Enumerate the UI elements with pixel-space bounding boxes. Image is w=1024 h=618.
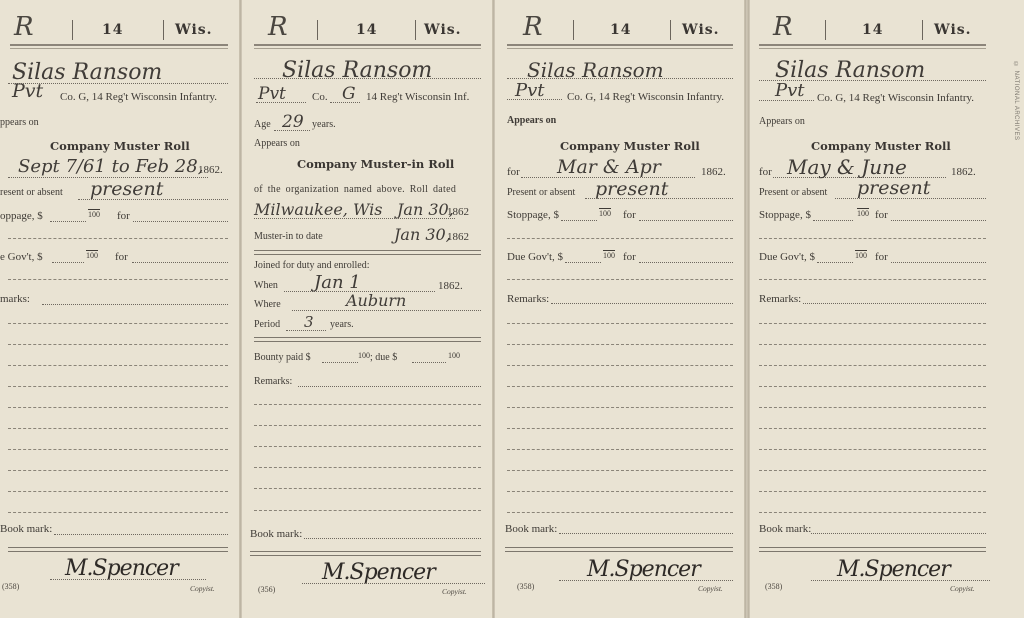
header-state: Wis. bbox=[175, 22, 213, 38]
unit-line: Co. G, 14 Reg't Wisconsin Infantry. bbox=[817, 92, 974, 104]
due-cents: 100 bbox=[448, 351, 460, 360]
header-divider bbox=[922, 20, 923, 40]
for-label: for bbox=[507, 166, 520, 178]
when-year: 1862. bbox=[438, 280, 463, 292]
stoppage-for: for bbox=[117, 210, 130, 222]
due-cents: 100 bbox=[86, 251, 98, 260]
present-value: present bbox=[857, 177, 930, 199]
rank: Pvt bbox=[12, 80, 43, 102]
stoppage-label: oppage, $ bbox=[0, 210, 43, 222]
period-unit: years. bbox=[330, 319, 354, 330]
rank: Pvt bbox=[515, 80, 545, 101]
appears-on-label: Appears on bbox=[507, 115, 556, 126]
footer-rule bbox=[505, 547, 733, 552]
muster-year: 1862 bbox=[447, 231, 469, 243]
bookmark-label: Book mark: bbox=[250, 528, 302, 540]
header-divider bbox=[573, 20, 574, 40]
footer-rule bbox=[759, 547, 986, 552]
muster-date: Jan 30, bbox=[394, 225, 451, 244]
due-cents: 100 bbox=[603, 251, 615, 260]
copyist-signature: M.Spencer bbox=[837, 557, 950, 582]
muster-card-4: R 14 Wis. Silas Ransom Pvt Co. G, 14 Reg… bbox=[747, 0, 1024, 618]
roll-year: 1862. bbox=[951, 166, 976, 178]
stoppage-cents: 100 bbox=[599, 209, 611, 218]
header-divider bbox=[317, 20, 318, 40]
company: G bbox=[342, 84, 356, 104]
bounty-label: Bounty paid $ bbox=[254, 352, 311, 363]
stoppage-label: Stoppage, $ bbox=[507, 209, 559, 221]
present-label: resent or absent bbox=[0, 187, 63, 198]
appears-on-label: Appears on bbox=[759, 116, 805, 127]
footer-rule bbox=[250, 551, 481, 556]
copyist-label: Copyist. bbox=[190, 584, 215, 593]
unit-line: Co. G, 14 Reg't Wisconsin Infantry. bbox=[567, 91, 724, 103]
joined-label: Joined for duty and enrolled: bbox=[254, 260, 370, 271]
roll-date: Jan 30, bbox=[397, 200, 454, 219]
copyist-label: Copyist. bbox=[442, 587, 467, 596]
age: 29 bbox=[282, 112, 304, 132]
stoppage-cents: 100 bbox=[857, 209, 869, 218]
footer-rule bbox=[8, 547, 228, 552]
period-value: 3 bbox=[304, 313, 314, 331]
muster-card-2: R 14 Wis. Silas Ransom Pvt Co. G 14 Reg'… bbox=[242, 0, 495, 618]
present-label: Present or absent bbox=[759, 187, 827, 198]
copyist-label: Copyist. bbox=[950, 584, 975, 593]
roll-title: Company Muster-in Roll bbox=[297, 157, 454, 171]
roll-period: Mar & Apr bbox=[557, 156, 661, 178]
due-for: for bbox=[115, 251, 128, 263]
copyist-label: Copyist. bbox=[698, 584, 723, 593]
roll-year: 1862. bbox=[198, 164, 223, 176]
stoppage-cents: 100 bbox=[88, 210, 100, 219]
remarks-label: Remarks: bbox=[254, 376, 292, 387]
header-number: 14 bbox=[862, 22, 883, 38]
appears-on-label: Appears on bbox=[254, 138, 300, 149]
where-label: Where bbox=[254, 299, 281, 310]
header-divider bbox=[72, 20, 73, 40]
copyist-signature: M.Spencer bbox=[587, 557, 700, 582]
form-number: (356) bbox=[258, 585, 275, 594]
bookmark-label: Book mark: bbox=[759, 523, 811, 535]
period-label: Period bbox=[254, 319, 280, 330]
due-cents: 100 bbox=[855, 251, 867, 260]
rank: Pvt bbox=[258, 84, 286, 104]
appears-on-label: ppears on bbox=[0, 117, 39, 128]
when-value: Jan 1 bbox=[314, 272, 361, 293]
header-state: Wis. bbox=[682, 22, 720, 38]
stoppage-for: for bbox=[875, 209, 888, 221]
archives-watermark: © NATIONAL ARCHIVES bbox=[1013, 62, 1019, 141]
card-header: R 14 Wis. bbox=[507, 14, 733, 46]
header-state: Wis. bbox=[424, 22, 462, 38]
present-value: present bbox=[90, 178, 163, 200]
header-divider bbox=[163, 20, 164, 40]
present-value: present bbox=[595, 178, 668, 200]
bounty-cents: 100 bbox=[358, 351, 370, 360]
header-divider bbox=[415, 20, 416, 40]
header-letter: R bbox=[773, 12, 793, 42]
bookmark-label: Book mark: bbox=[505, 523, 557, 535]
copyist-signature: M.Spencer bbox=[322, 560, 435, 585]
header-state: Wis. bbox=[934, 22, 972, 38]
due-for: for bbox=[623, 251, 636, 263]
for-label: for bbox=[759, 166, 772, 178]
header-divider bbox=[670, 20, 671, 40]
header-letter: R bbox=[523, 12, 543, 42]
roll-place: Milwaukee, Wis bbox=[254, 200, 382, 219]
where-value: Auburn bbox=[346, 291, 406, 310]
roll-title: Company Muster Roll bbox=[50, 139, 190, 153]
header-letter: R bbox=[268, 12, 288, 42]
due-label: ; due $ bbox=[370, 352, 397, 363]
muster-card-1: R 14 Wis. Silas Ransom Pvt Co. G, 14 Reg… bbox=[0, 0, 242, 618]
stoppage-for: for bbox=[623, 209, 636, 221]
card-header: R 14 Wis. bbox=[10, 14, 228, 46]
present-label: Present or absent bbox=[507, 187, 575, 198]
roll-year: 1862 bbox=[447, 206, 469, 218]
form-number: (358) bbox=[517, 582, 534, 591]
due-label: e Gov't, $ bbox=[0, 251, 43, 263]
unit-line: Co. G, 14 Reg't Wisconsin Infantry. bbox=[60, 91, 217, 103]
when-label: When bbox=[254, 280, 278, 291]
header-number: 14 bbox=[356, 22, 377, 38]
company-label: Co. bbox=[312, 91, 328, 103]
remarks-label: Remarks: bbox=[759, 293, 801, 305]
rank: Pvt bbox=[775, 80, 805, 101]
due-label: Due Gov't, $ bbox=[759, 251, 815, 263]
remarks-label: Remarks: bbox=[507, 293, 549, 305]
remarks-label: marks: bbox=[0, 293, 30, 305]
card-header: R 14 Wis. bbox=[759, 14, 986, 46]
age-unit: years. bbox=[312, 119, 336, 130]
form-number: (358) bbox=[2, 582, 19, 591]
roll-title: Company Muster Roll bbox=[560, 139, 700, 153]
soldier-name: Silas Ransom bbox=[282, 58, 432, 83]
age-label: Age bbox=[254, 119, 271, 130]
muster-card-3: R 14 Wis. Silas Ransom Pvt Co. G, 14 Reg… bbox=[495, 0, 747, 618]
stoppage-label: Stoppage, $ bbox=[759, 209, 811, 221]
roll-period: May & June bbox=[787, 155, 907, 179]
org-line: of the organization named above. Roll da… bbox=[254, 184, 456, 195]
due-for: for bbox=[875, 251, 888, 263]
copyist-signature: M.Spencer bbox=[65, 556, 178, 581]
due-label: Due Gov't, $ bbox=[507, 251, 563, 263]
header-number: 14 bbox=[102, 22, 123, 38]
bookmark-label: Book mark: bbox=[0, 523, 52, 535]
roll-period: Sept 7/61 to Feb 28, bbox=[18, 156, 203, 177]
header-letter: R bbox=[14, 12, 34, 42]
unit-line: 14 Reg't Wisconsin Inf. bbox=[366, 91, 469, 103]
header-number: 14 bbox=[610, 22, 631, 38]
card-header: R 14 Wis. bbox=[254, 14, 481, 46]
form-number: (358) bbox=[765, 582, 782, 591]
card-edge bbox=[747, 0, 750, 618]
header-divider bbox=[825, 20, 826, 40]
roll-title: Company Muster Roll bbox=[811, 139, 951, 153]
muster-label: Muster-in to date bbox=[254, 231, 323, 242]
roll-year: 1862. bbox=[701, 166, 726, 178]
